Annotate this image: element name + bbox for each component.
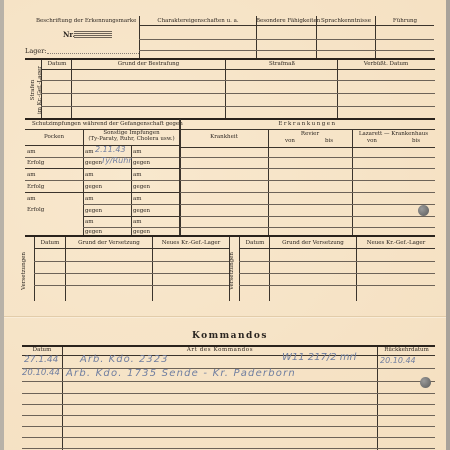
vaccination-date-value: 2.11.43: [95, 145, 126, 154]
tag-label: Beschriftung der Erkennungsmarke: [36, 18, 136, 24]
lager-label: Lager:: [25, 47, 47, 55]
col-sprachen: Sprachkenntnisse: [317, 18, 375, 24]
vaccination-type-value: Ty/Ruhr: [101, 156, 132, 165]
card-fold: [4, 316, 446, 317]
punch-hole-lower: [420, 377, 431, 388]
col-pocken: Pocken: [25, 134, 83, 140]
kommandos-title: Kommandos: [192, 331, 268, 341]
col-lazarett: Lazarett — Krankenhaus: [352, 131, 435, 137]
col-strafmass: Strafmaß: [226, 61, 338, 67]
col-charakter: Charaktereigenschaften u. a.: [140, 18, 256, 24]
kommando-col-rueckkehr: Rückkehrdatum: [378, 347, 435, 353]
lager-field[interactable]: [47, 53, 139, 54]
illnesses-title: Erkrankungen: [180, 121, 435, 127]
transfer-col-grund-left: Grund der Versetzung: [66, 240, 152, 246]
versetzungen-right-label: Versetzungen: [229, 251, 235, 291]
vaccinations-title: Schutzimpfungen während der Gefangenscha…: [32, 121, 183, 127]
col-faehigkeiten: Besondere Fähigkeiten: [256, 18, 316, 24]
col-revier: Revier: [268, 131, 352, 137]
col-fuehrung: Führung: [376, 18, 434, 24]
punch-hole-upper: [418, 205, 429, 216]
transfer-col-grund-right: Grund der Versetzung: [270, 240, 356, 246]
transfer-col-datum-right: Datum: [240, 240, 270, 246]
col-verbuesst: Verbüßt. Datum: [338, 61, 434, 67]
transfer-col-datum-left: Datum: [35, 240, 65, 246]
col-krankheit: Krankheit: [180, 134, 268, 140]
scan-edge-right: [446, 0, 450, 450]
col-datum: Datum: [42, 61, 72, 67]
transfer-col-lager-left: Neues Kr.-Gef.-Lager: [153, 240, 229, 246]
kommando-col-datum: Datum: [22, 347, 62, 353]
transfer-col-lager-right: Neues Kr.-Gef.-Lager: [357, 240, 435, 246]
versetzungen-left-label: Versetzungen: [21, 251, 27, 291]
col-sonstige: Sonstige Impfungen(Ty-Paraty, Ruhr, Chol…: [84, 130, 179, 142]
col-grund-bestrafung: Grund der Bestrafung: [72, 61, 225, 67]
